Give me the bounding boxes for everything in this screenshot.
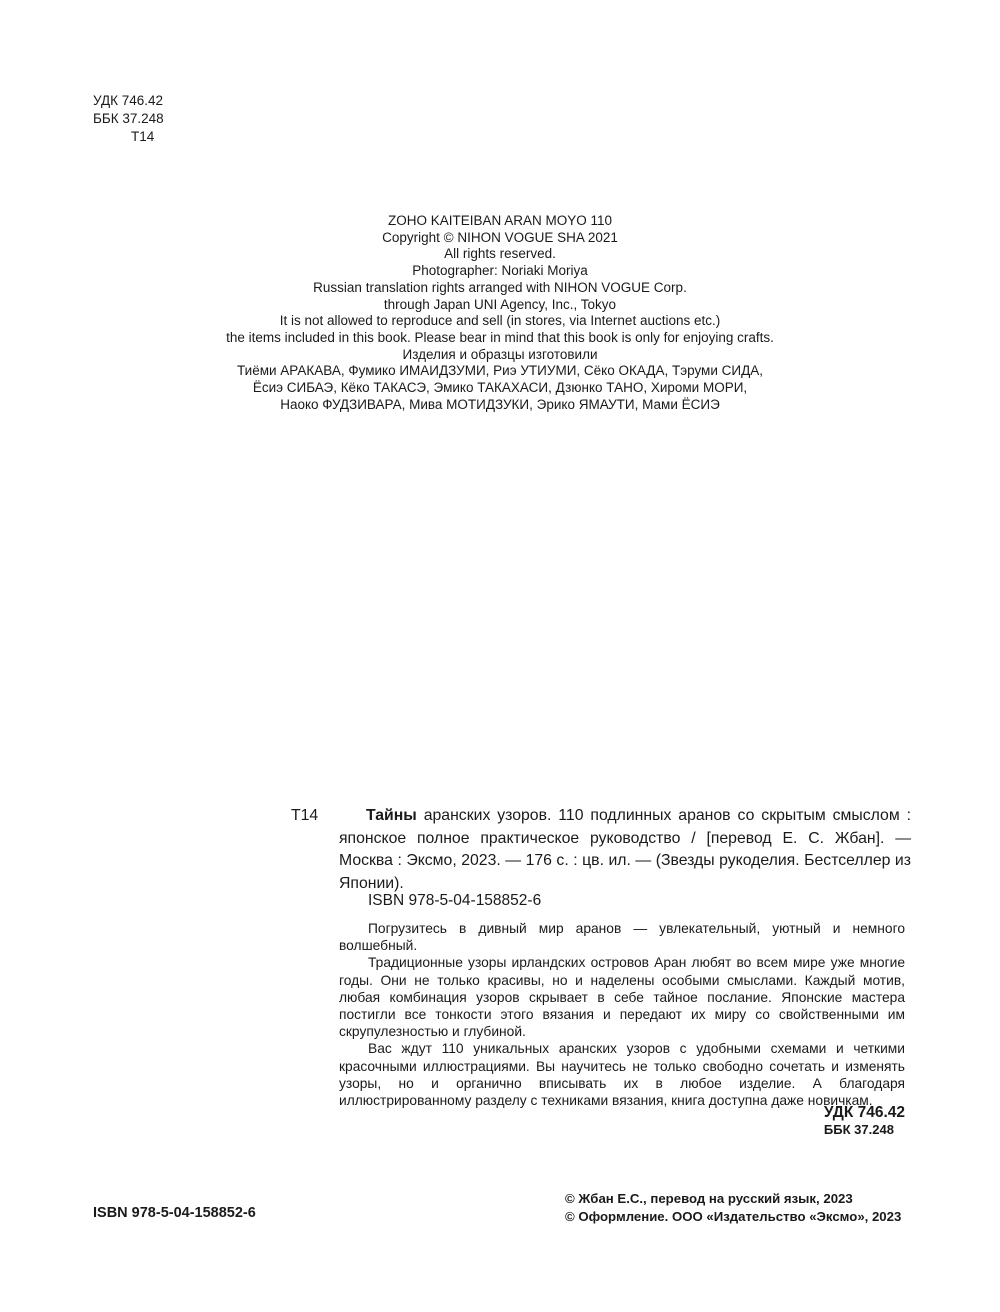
credits-line: Изделия и образцы изготовили bbox=[150, 347, 850, 364]
footer-isbn: ISBN 978-5-04-158852-6 bbox=[93, 1205, 256, 1221]
copyright-line: © Оформление. ООО «Издательство «Эксмо»,… bbox=[565, 1208, 901, 1226]
entry-description: Тайны аранских узоров. 110 подлинных ара… bbox=[339, 805, 911, 895]
credits-line: Copyright © NIHON VOGUE SHA 2021 bbox=[150, 230, 850, 247]
credits-line: Ёсиэ СИБАЭ, Кёко ТАКАСЭ, Эмико ТАКАХАСИ,… bbox=[150, 380, 850, 397]
entry-text: аранских узоров. 110 подлинных аранов со… bbox=[339, 807, 911, 892]
credits-line: It is not allowed to reproduce and sell … bbox=[150, 313, 850, 330]
bbk-code-bottom: ББК 37.248 bbox=[824, 1122, 905, 1138]
credits-line: All rights reserved. bbox=[150, 246, 850, 263]
credits-line: Тиёми АРАКАВА, Фумико ИМАИДЗУМИ, Риэ УТИ… bbox=[150, 363, 850, 380]
author-mark: Т14 bbox=[93, 128, 164, 146]
bbk-code: ББК 37.248 bbox=[93, 110, 164, 128]
classification-codes-bottom: УДК 746.42 ББК 37.248 bbox=[824, 1104, 905, 1138]
udk-code-bottom: УДК 746.42 bbox=[824, 1104, 905, 1122]
copyright-block: © Жбан Е.С., перевод на русский язык, 20… bbox=[565, 1190, 901, 1226]
credits-line: the items included in this book. Please … bbox=[150, 330, 850, 347]
entry-author-mark: Т14 bbox=[291, 805, 318, 828]
entry-isbn: ISBN 978-5-04-158852-6 bbox=[368, 892, 541, 910]
udk-code: УДК 746.42 bbox=[93, 92, 164, 110]
copyright-line: © Жбан Е.С., перевод на русский язык, 20… bbox=[565, 1190, 901, 1208]
annotation-paragraph: Традиционные узоры ирландских островов А… bbox=[339, 954, 905, 1040]
bibliographic-entry: Т14 Тайны аранских узоров. 110 подлинных… bbox=[291, 805, 911, 895]
credits-line: ZOHO KAITEIBAN ARAN MOYO 110 bbox=[150, 213, 850, 230]
credits-block: ZOHO KAITEIBAN ARAN MOYO 110 Copyright ©… bbox=[150, 213, 850, 413]
credits-line: Russian translation rights arranged with… bbox=[150, 280, 850, 297]
entry-title: Тайны bbox=[366, 807, 417, 824]
classification-block: УДК 746.42 ББК 37.248 Т14 bbox=[93, 92, 164, 146]
annotation-paragraph: Вас ждут 110 уникальных аранских узоров … bbox=[339, 1040, 905, 1109]
credits-line: Наоко ФУДЗИВАРА, Мива МОТИДЗУКИ, Эрико Я… bbox=[150, 397, 850, 414]
annotation-block: Погрузитесь в дивный мир аранов — увлека… bbox=[339, 920, 905, 1109]
credits-line: through Japan UNI Agency, Inc., Tokyo bbox=[150, 297, 850, 314]
annotation-paragraph: Погрузитесь в дивный мир аранов — увлека… bbox=[339, 920, 905, 954]
credits-line: Photographer: Noriaki Moriya bbox=[150, 263, 850, 280]
